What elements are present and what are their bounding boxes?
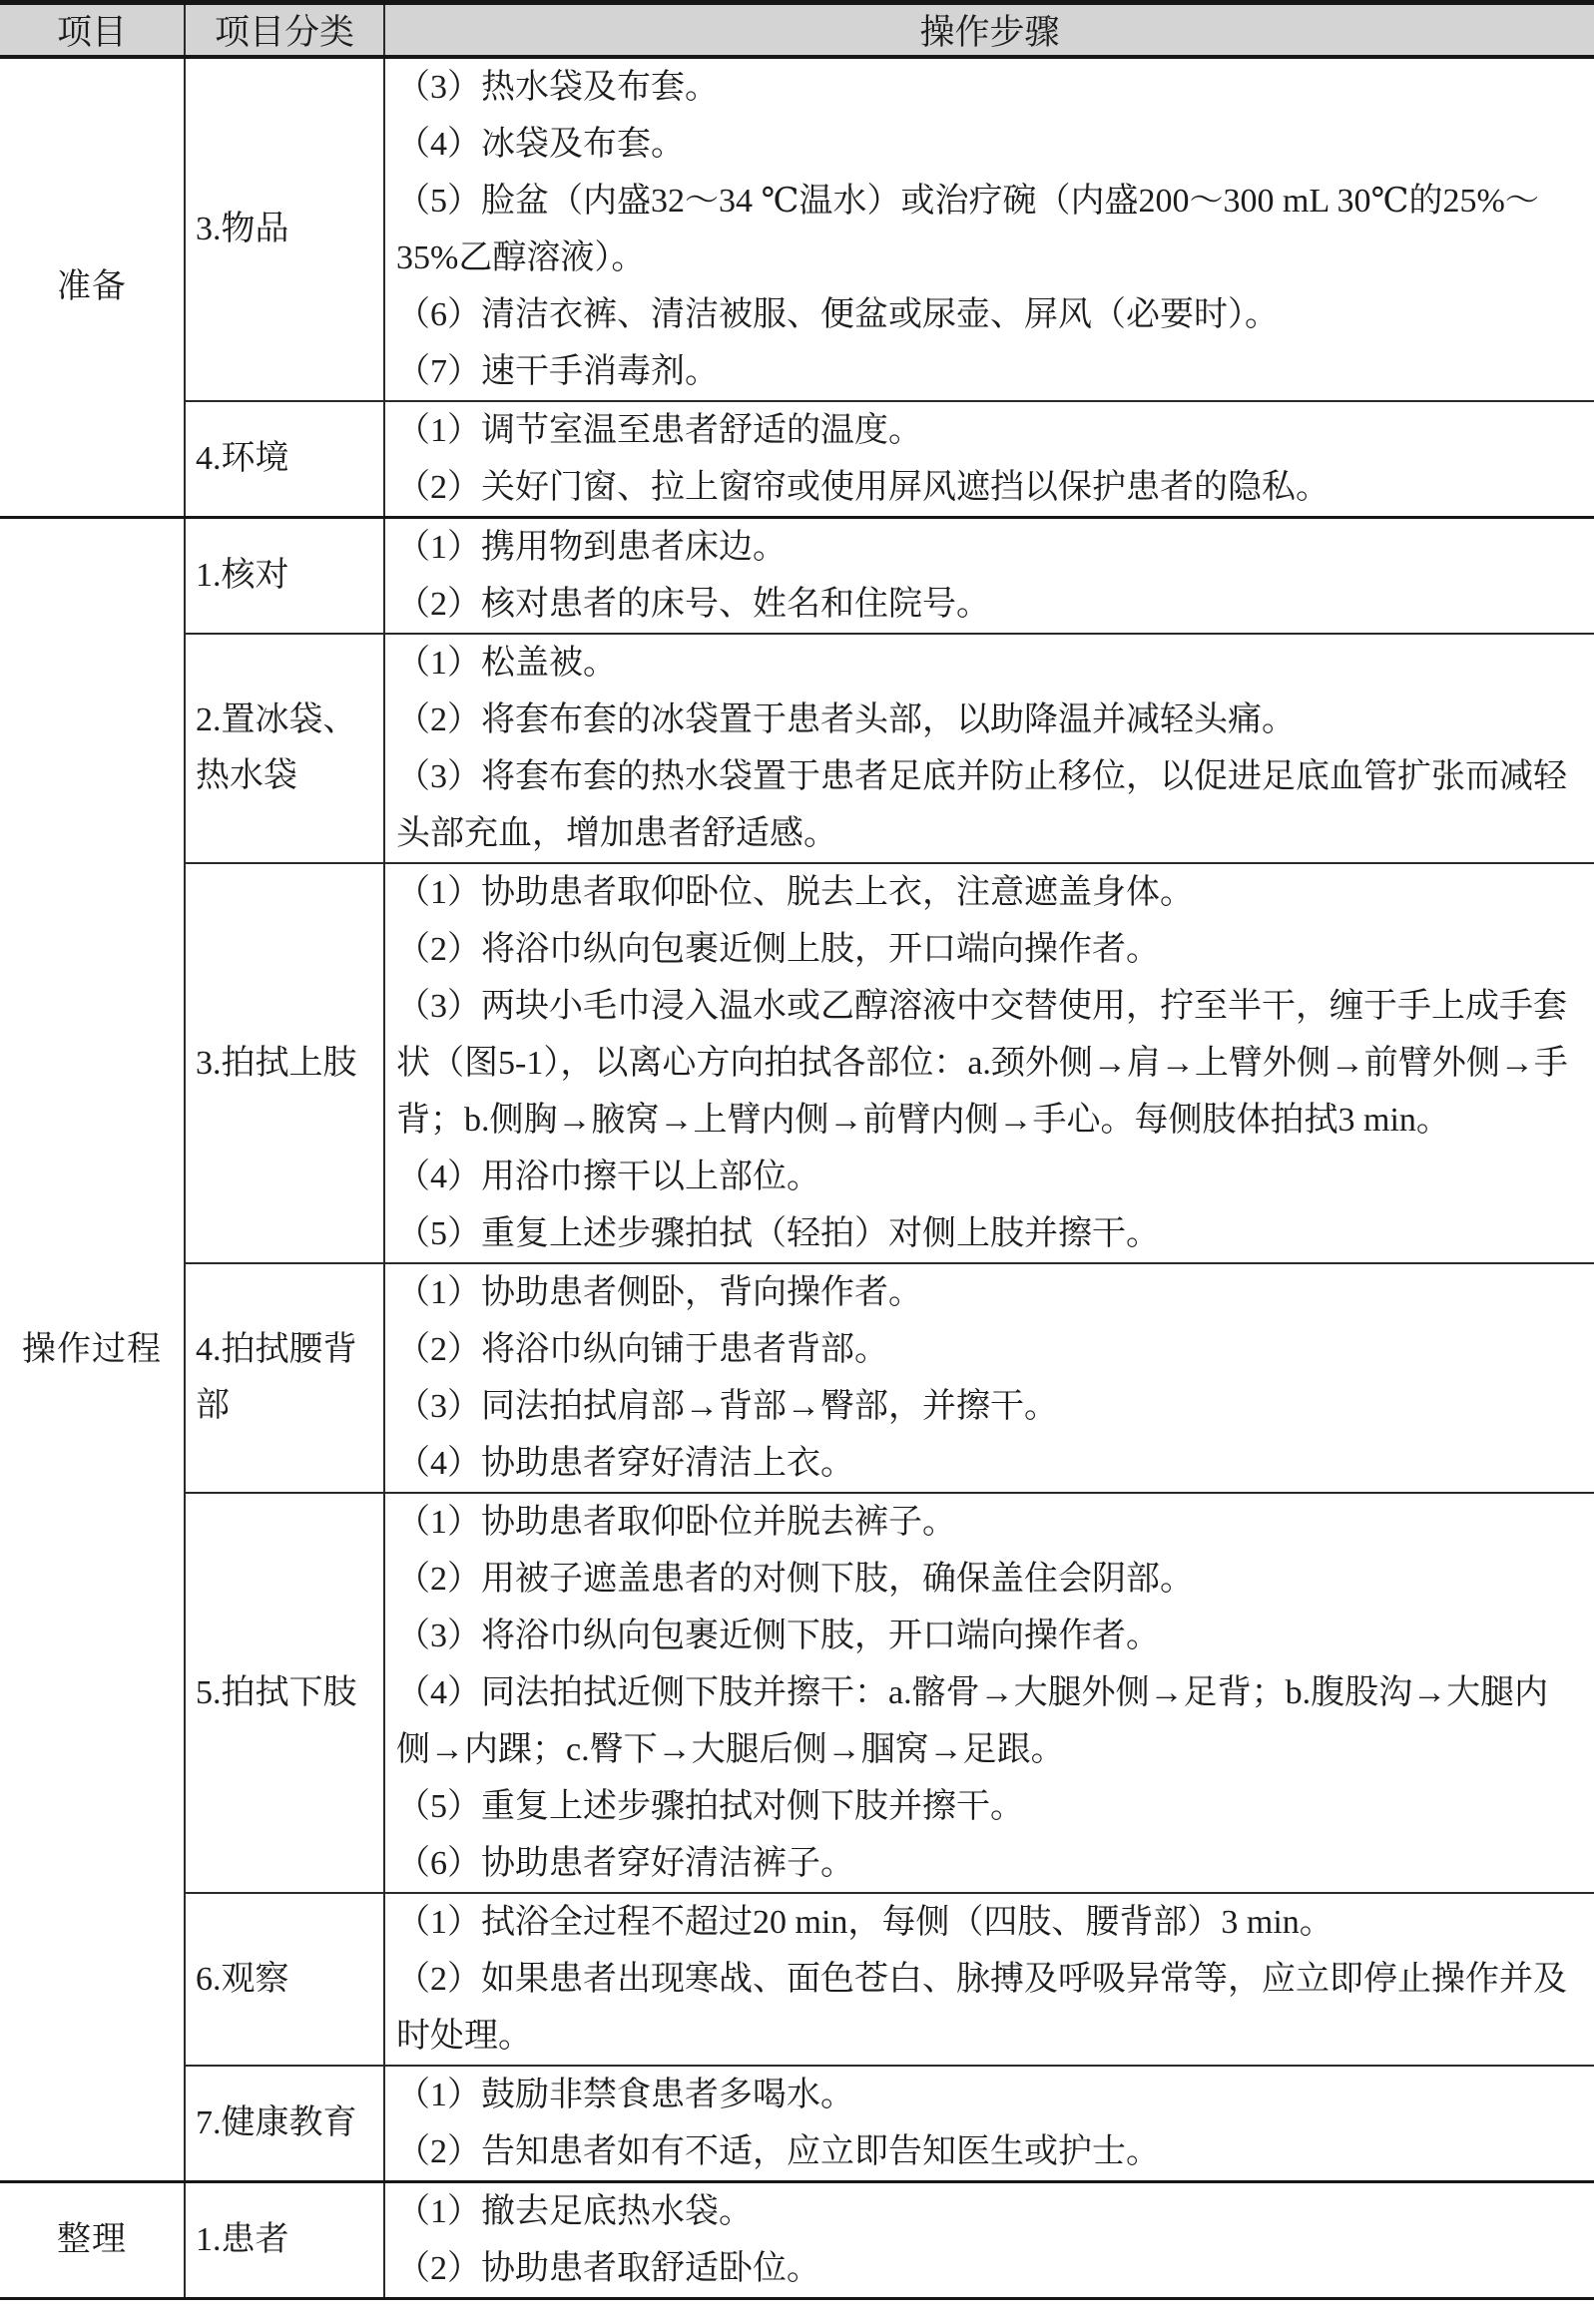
step-line: （2）告知患者如有不适，应立即告知医生或护士。 — [396, 2123, 1580, 2180]
header-item: 项目 — [0, 3, 185, 58]
steps-cell: （1）协助患者侧卧，背向操作者。（2）将浴巾纵向铺于患者背部。（3）同法拍拭肩部… — [384, 1263, 1594, 1493]
step-line: （5）重复上述步骤拍拭对侧下肢并擦干。 — [396, 1778, 1580, 1835]
step-line: （1）拭浴全过程不超过20 min，每侧（四肢、腰背部）3 min。 — [396, 1894, 1580, 1951]
category-cell: 3.拍拭上肢 — [185, 863, 384, 1263]
table-row: 操作过程1.核对（1）携用物到患者床边。（2）核对患者的床号、姓名和住院号。 — [0, 518, 1594, 635]
procedure-table: 项目 项目分类 操作步骤 准备3.物品（3）热水袋及布套。（4）冰袋及布套。（5… — [0, 0, 1594, 2300]
header-steps: 操作步骤 — [384, 3, 1594, 58]
table-row: 整理1.患者（1）撤去足底热水袋。（2）协助患者取舒适卧位。 — [0, 2182, 1594, 2299]
steps-cell: （1）撤去足底热水袋。（2）协助患者取舒适卧位。 — [384, 2182, 1594, 2299]
category-cell: 1.核对 — [185, 518, 384, 635]
table-row: 准备3.物品（3）热水袋及布套。（4）冰袋及布套。（5）脸盆（内盛32～34 ℃… — [0, 57, 1594, 401]
steps-cell: （1）协助患者取仰卧位、脱去上衣，注意遮盖身体。（2）将浴巾纵向包裹近侧上肢，开… — [384, 863, 1594, 1263]
step-line: （5）重复上述步骤拍拭（轻拍）对侧上肢并擦干。 — [396, 1205, 1580, 1262]
steps-cell: （1）鼓励非禁食患者多喝水。（2）告知患者如有不适，应立即告知医生或护士。 — [384, 2066, 1594, 2182]
step-line: （1）撤去足底热水袋。 — [396, 2183, 1580, 2240]
category-cell: 5.拍拭下肢 — [185, 1493, 384, 1893]
table-body: 准备3.物品（3）热水袋及布套。（4）冰袋及布套。（5）脸盆（内盛32～34 ℃… — [0, 57, 1594, 2299]
table-header: 项目 项目分类 操作步骤 — [0, 3, 1594, 58]
table-row: 5.拍拭下肢（1）协助患者取仰卧位并脱去裤子。（2）用被子遮盖患者的对侧下肢，确… — [0, 1493, 1594, 1893]
step-line: （1）调节室温至患者舒适的温度。 — [396, 402, 1580, 459]
category-cell: 1.患者 — [185, 2182, 384, 2299]
header-row: 项目 项目分类 操作步骤 — [0, 3, 1594, 58]
step-line: （1）松盖被。 — [396, 635, 1580, 692]
step-line: （6）清洁衣裤、清洁被服、便盆或尿壶、屏风（必要时）。 — [396, 286, 1580, 343]
item-cell: 操作过程 — [0, 518, 185, 2182]
steps-cell: （1）调节室温至患者舒适的温度。（2）关好门窗、拉上窗帘或使用屏风遮挡以保护患者… — [384, 401, 1594, 518]
step-line: （7）速干手消毒剂。 — [396, 343, 1580, 400]
category-cell: 3.物品 — [185, 57, 384, 401]
step-line: （2）用被子遮盖患者的对侧下肢，确保盖住会阴部。 — [396, 1551, 1580, 1608]
steps-cell: （1）松盖被。（2）将套布套的冰袋置于患者头部，以助降温并减轻头痛。（3）将套布… — [384, 634, 1594, 863]
step-line: （2）协助患者取舒适卧位。 — [396, 2240, 1580, 2297]
category-cell: 4.环境 — [185, 401, 384, 518]
table-row: 7.健康教育（1）鼓励非禁食患者多喝水。（2）告知患者如有不适，应立即告知医生或… — [0, 2066, 1594, 2182]
step-line: （2）将浴巾纵向铺于患者背部。 — [396, 1321, 1580, 1378]
category-cell: 4.拍拭腰背部 — [185, 1263, 384, 1493]
step-line: （1）协助患者取仰卧位、脱去上衣，注意遮盖身体。 — [396, 864, 1580, 921]
step-line: （4）用浴巾擦干以上部位。 — [396, 1149, 1580, 1205]
step-line: （1）鼓励非禁食患者多喝水。 — [396, 2067, 1580, 2123]
step-line: （1）协助患者取仰卧位并脱去裤子。 — [396, 1494, 1580, 1551]
steps-cell: （3）热水袋及布套。（4）冰袋及布套。（5）脸盆（内盛32～34 ℃温水）或治疗… — [384, 57, 1594, 401]
step-line: （3）同法拍拭肩部→背部→臀部，并擦干。 — [396, 1378, 1580, 1435]
step-line: （1）协助患者侧卧，背向操作者。 — [396, 1264, 1580, 1321]
step-line: （2）将浴巾纵向包裹近侧上肢，开口端向操作者。 — [396, 921, 1580, 978]
table-row: 4.环境（1）调节室温至患者舒适的温度。（2）关好门窗、拉上窗帘或使用屏风遮挡以… — [0, 401, 1594, 518]
table-row: 3.拍拭上肢（1）协助患者取仰卧位、脱去上衣，注意遮盖身体。（2）将浴巾纵向包裹… — [0, 863, 1594, 1263]
step-line: （3）两块小毛巾浸入温水或乙醇溶液中交替使用，拧至半干，缠于手上成手套状（图5-… — [396, 978, 1580, 1149]
header-category: 项目分类 — [185, 3, 384, 58]
category-cell: 6.观察 — [185, 1893, 384, 2066]
item-cell: 准备 — [0, 57, 185, 518]
category-cell: 7.健康教育 — [185, 2066, 384, 2182]
category-cell: 2.置冰袋、热水袋 — [185, 634, 384, 863]
steps-cell: （1）协助患者取仰卧位并脱去裤子。（2）用被子遮盖患者的对侧下肢，确保盖住会阴部… — [384, 1493, 1594, 1893]
step-line: （2）核对患者的床号、姓名和住院号。 — [396, 576, 1580, 633]
step-line: （1）携用物到患者床边。 — [396, 519, 1580, 576]
step-line: （4）冰袋及布套。 — [396, 116, 1580, 173]
step-line: （2）关好门窗、拉上窗帘或使用屏风遮挡以保护患者的隐私。 — [396, 459, 1580, 516]
item-cell: 整理 — [0, 2182, 185, 2299]
step-line: （3）将套布套的热水袋置于患者足底并防止移位，以促进足底血管扩张而减轻头部充血，… — [396, 748, 1580, 862]
step-line: （3）热水袋及布套。 — [396, 59, 1580, 116]
steps-cell: （1）携用物到患者床边。（2）核对患者的床号、姓名和住院号。 — [384, 518, 1594, 635]
step-line: （6）协助患者穿好清洁裤子。 — [396, 1835, 1580, 1892]
steps-cell: （1）拭浴全过程不超过20 min，每侧（四肢、腰背部）3 min。（2）如果患… — [384, 1893, 1594, 2066]
step-line: （5）脸盆（内盛32～34 ℃温水）或治疗碗（内盛200～300 mL 30℃的… — [396, 173, 1580, 286]
table-row: 2.置冰袋、热水袋（1）松盖被。（2）将套布套的冰袋置于患者头部，以助降温并减轻… — [0, 634, 1594, 863]
step-line: （2）如果患者出现寒战、面色苍白、脉搏及呼吸异常等，应立即停止操作并及时处理。 — [396, 1951, 1580, 2065]
step-line: （4）同法拍拭近侧下肢并擦干：a.髂骨→大腿外侧→足背；b.腹股沟→大腿内侧→内… — [396, 1664, 1580, 1778]
table-row: 6.观察（1）拭浴全过程不超过20 min，每侧（四肢、腰背部）3 min。（2… — [0, 1893, 1594, 2066]
step-line: （2）将套布套的冰袋置于患者头部，以助降温并减轻头痛。 — [396, 692, 1580, 748]
step-line: （3）将浴巾纵向包裹近侧下肢，开口端向操作者。 — [396, 1608, 1580, 1664]
table-row: 4.拍拭腰背部（1）协助患者侧卧，背向操作者。（2）将浴巾纵向铺于患者背部。（3… — [0, 1263, 1594, 1493]
step-line: （4）协助患者穿好清洁上衣。 — [396, 1435, 1580, 1492]
